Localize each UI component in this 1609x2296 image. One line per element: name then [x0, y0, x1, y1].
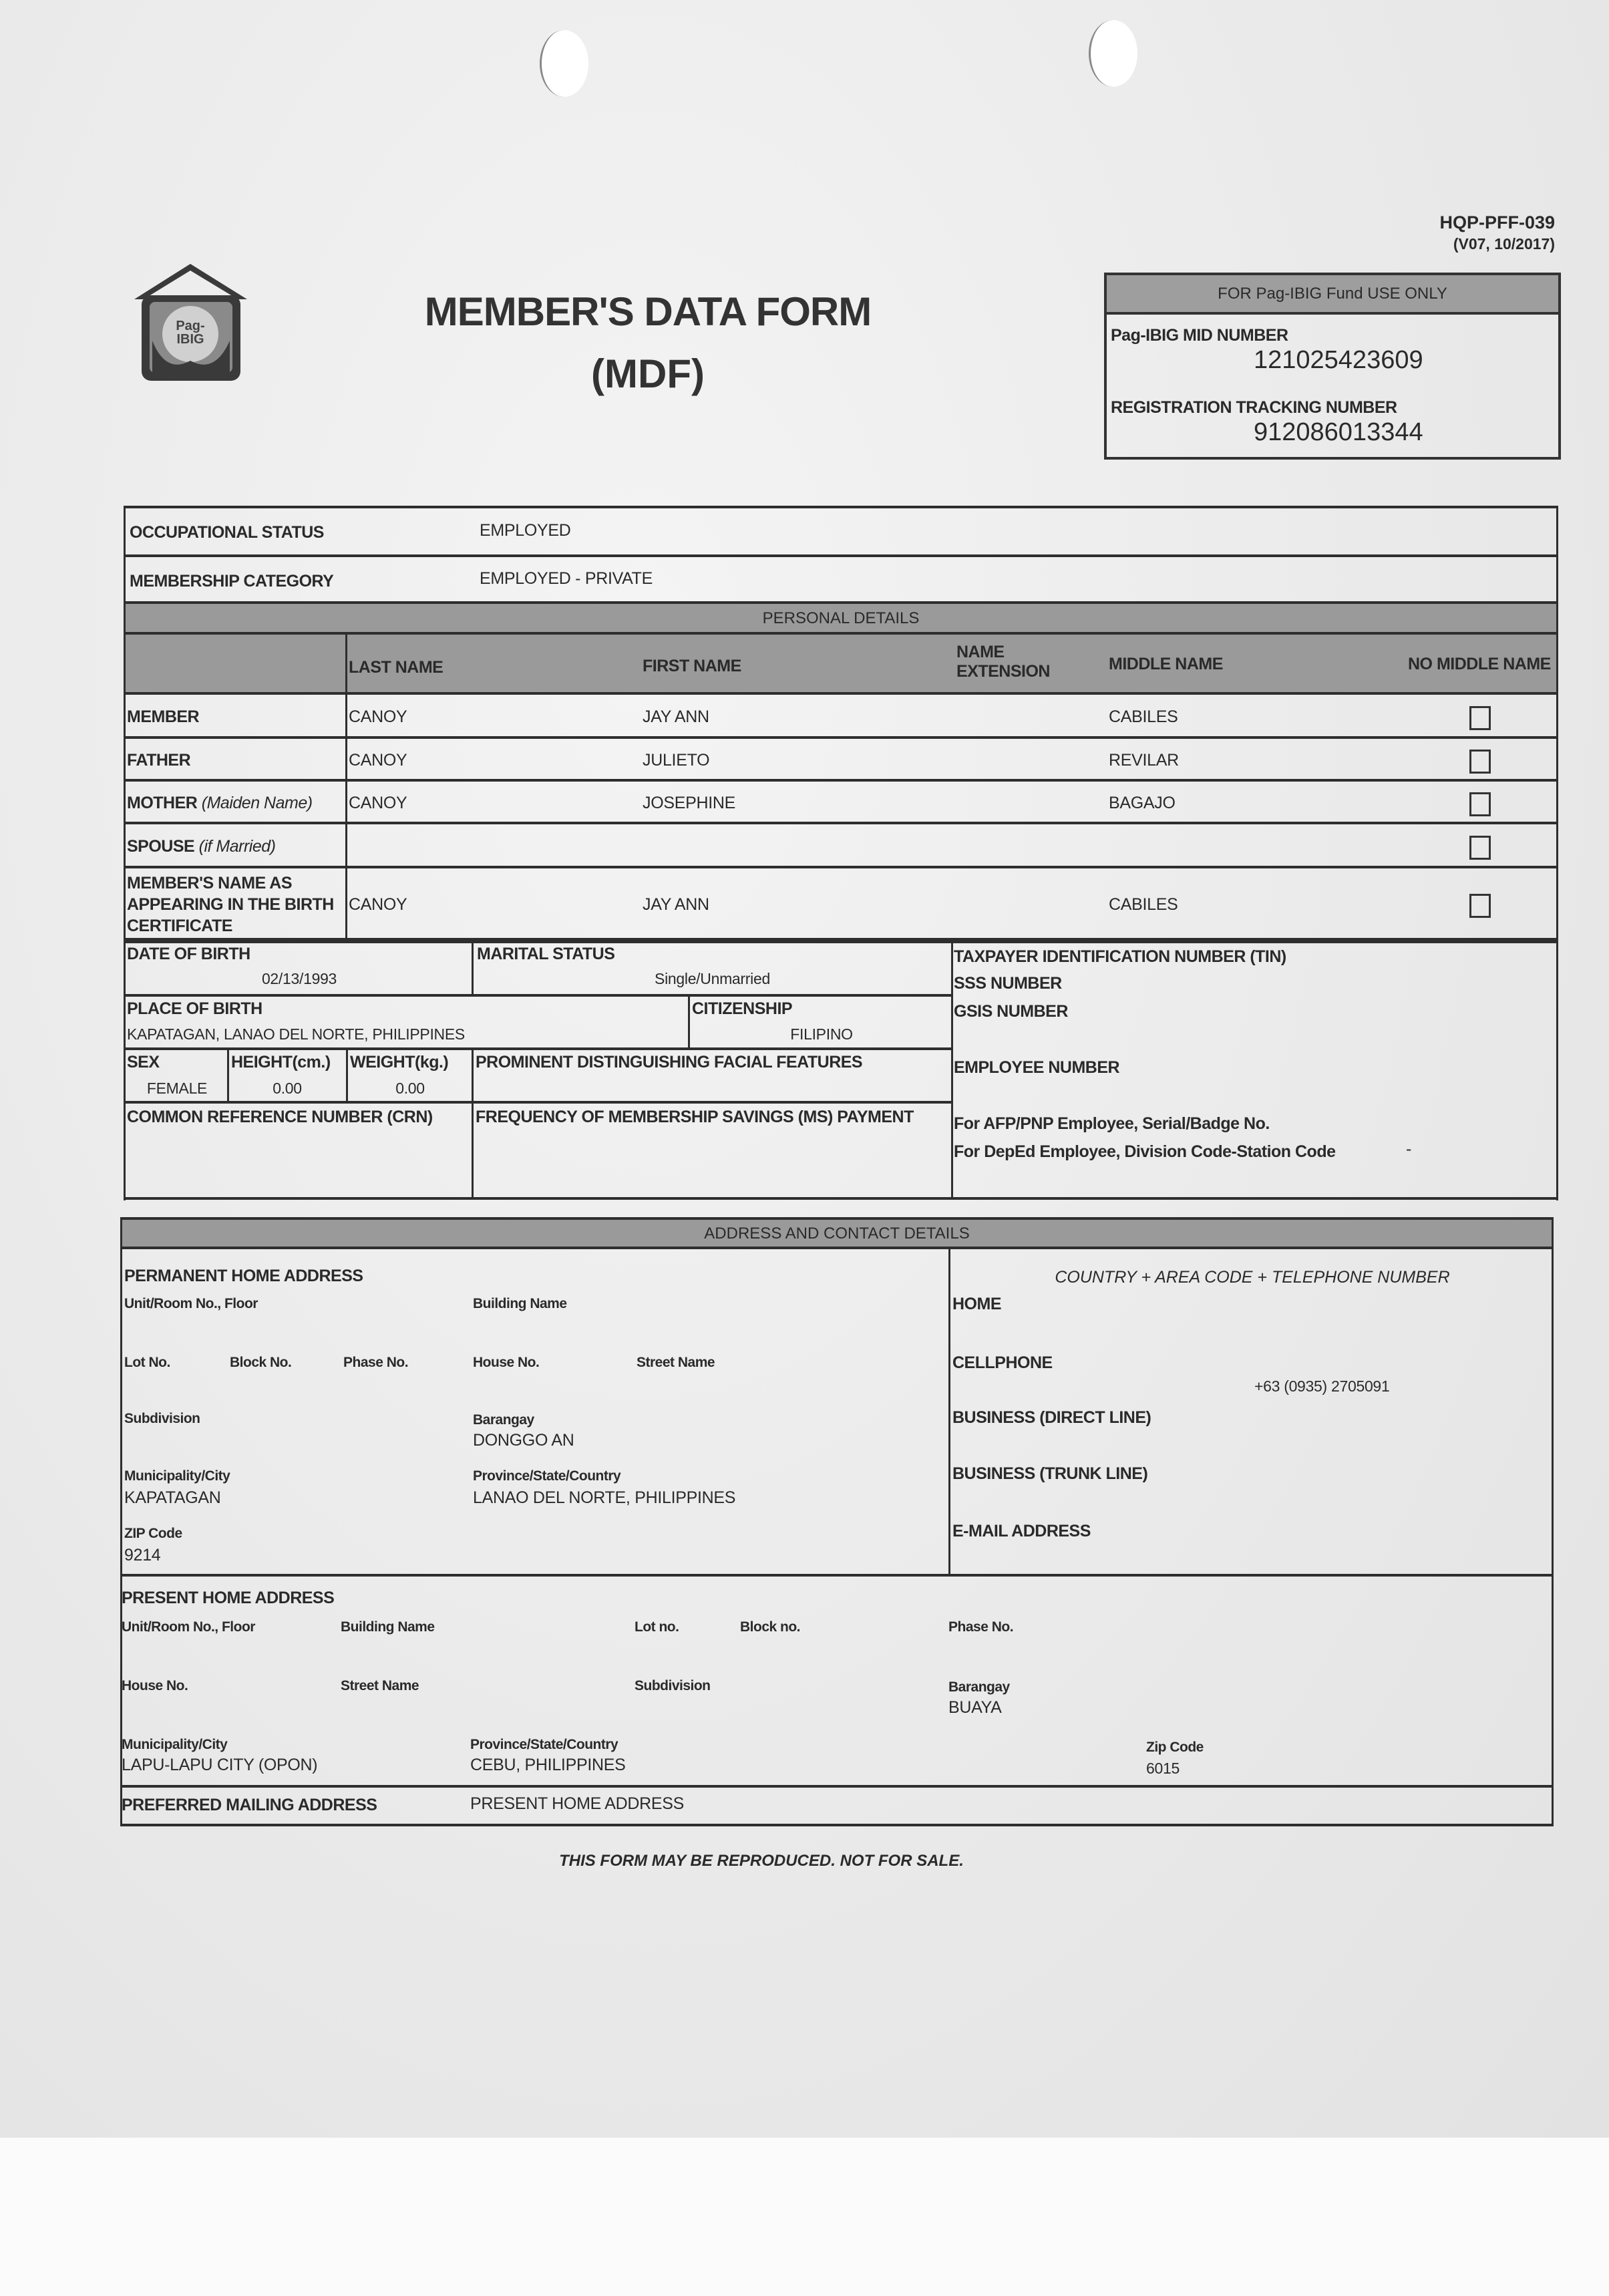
- cellphone-value[interactable]: +63 (0935) 2705091: [1254, 1377, 1389, 1396]
- marital-status-label: MARITAL STATUS: [477, 945, 614, 964]
- first-name-value[interactable]: JAY ANN: [643, 895, 709, 915]
- perm-province-label: Province/State/Country: [473, 1468, 620, 1484]
- dob-value[interactable]: 02/13/1993: [127, 970, 472, 988]
- present-address-title: PRESENT HOME ADDRESS: [122, 1589, 334, 1608]
- business-direct-label: BUSINESS (DIRECT LINE): [952, 1408, 1151, 1428]
- no-middle-name-checkbox[interactable]: [1469, 836, 1491, 860]
- pres-province-value[interactable]: CEBU, PHILIPPINES: [470, 1756, 625, 1775]
- sss-label: SSS NUMBER: [954, 974, 1062, 993]
- facial-features-label: PROMINENT DISTINGUISHING FACIAL FEATURES: [476, 1053, 862, 1072]
- pag-ibig-logo-icon: Pag- IBIG: [132, 261, 249, 384]
- personal-details-header: PERSONAL DETAILS: [126, 609, 1556, 628]
- row-label: SPOUSE (if Married): [127, 837, 276, 856]
- perm-zip-value[interactable]: 9214: [124, 1546, 160, 1565]
- last-name-value[interactable]: CANOY: [349, 895, 407, 915]
- col-last-name: LAST NAME: [349, 658, 443, 677]
- ms-frequency-label: FREQUENCY OF MEMBERSHIP SAVINGS (MS) PAY…: [476, 1108, 914, 1127]
- row-divider: [124, 736, 1558, 739]
- last-name-value[interactable]: CANOY: [349, 751, 407, 770]
- last-name-value[interactable]: CANOY: [349, 707, 407, 727]
- perm-city-value[interactable]: KAPATAGAN: [124, 1488, 221, 1508]
- perm-house-label: House No.: [473, 1355, 539, 1371]
- perm-phase-label: Phase No.: [343, 1355, 408, 1371]
- perm-building-label: Building Name: [473, 1296, 567, 1312]
- row-divider: [124, 866, 1558, 868]
- pres-block-label: Block no.: [740, 1619, 800, 1635]
- crn-label: COMMON REFERENCE NUMBER (CRN): [127, 1108, 433, 1127]
- place-of-birth-label: PLACE OF BIRTH: [127, 999, 262, 1019]
- col-first-name: FIRST NAME: [643, 657, 741, 676]
- occupational-status-value[interactable]: EMPLOYED: [480, 521, 571, 540]
- preferred-mailing-label: PREFERRED MAILING ADDRESS: [122, 1796, 377, 1815]
- perm-province-value[interactable]: LANAO DEL NORTE, PHILIPPINES: [473, 1488, 735, 1508]
- height-label: HEIGHT(cm.): [231, 1053, 331, 1072]
- preferred-mailing-value[interactable]: PRESENT HOME ADDRESS: [470, 1794, 684, 1814]
- no-middle-name-checkbox[interactable]: [1469, 750, 1491, 774]
- dob-label: DATE OF BIRTH: [127, 945, 250, 964]
- permanent-address-title: PERMANENT HOME ADDRESS: [124, 1267, 363, 1286]
- svg-text:IBIG: IBIG: [176, 332, 204, 347]
- perm-barangay-value[interactable]: DONGGO AN: [473, 1431, 574, 1450]
- mid-number-value: 121025423609: [1254, 346, 1423, 375]
- pres-zip-label: Zip Code: [1146, 1740, 1204, 1756]
- gsis-label: GSIS NUMBER: [954, 1002, 1068, 1021]
- no-middle-name-checkbox[interactable]: [1469, 894, 1491, 918]
- phone-format-hint: COUNTRY + AREA CODE + TELEPHONE NUMBER: [952, 1268, 1553, 1287]
- citizenship-value[interactable]: FILIPINO: [692, 1025, 951, 1043]
- rtn-value: 912086013344: [1254, 418, 1423, 447]
- sex-value[interactable]: FEMALE: [127, 1080, 227, 1098]
- deped-value[interactable]: -: [1406, 1140, 1411, 1159]
- perm-subdivision-label: Subdivision: [124, 1411, 200, 1427]
- email-label: E-MAIL ADDRESS: [952, 1522, 1091, 1541]
- middle-name-value[interactable]: CABILES: [1109, 895, 1178, 915]
- membership-category-label: MEMBERSHIP CATEGORY: [130, 572, 333, 591]
- page-margin: [0, 2138, 1609, 2296]
- row-label: MOTHER (Maiden Name): [127, 794, 313, 813]
- employee-number-label: EMPLOYEE NUMBER: [954, 1058, 1119, 1078]
- row-label: MEMBER: [127, 707, 199, 727]
- form-code: HQP-PFF-039: [1376, 212, 1555, 233]
- perm-city-label: Municipality/City: [124, 1468, 230, 1484]
- pres-unit-label: Unit/Room No., Floor: [122, 1619, 255, 1635]
- first-name-value[interactable]: JAY ANN: [643, 707, 709, 727]
- pres-house-label: House No.: [122, 1678, 188, 1694]
- pres-phase-label: Phase No.: [948, 1619, 1013, 1635]
- pres-lot-label: Lot no.: [635, 1619, 679, 1635]
- pres-city-value[interactable]: LAPU-LAPU CITY (OPON): [122, 1756, 317, 1775]
- form-title: MEMBER'S DATA FORM: [401, 289, 895, 335]
- citizenship-label: CITIZENSHIP: [692, 999, 792, 1019]
- col-no-middle-name: NO MIDDLE NAME: [1408, 655, 1551, 674]
- middle-name-value[interactable]: REVILAR: [1109, 751, 1179, 770]
- address-header: ADDRESS AND CONTACT DETAILS: [122, 1224, 1552, 1243]
- afp-pnp-label: For AFP/PNP Employee, Serial/Badge No.: [954, 1114, 1270, 1134]
- sex-label: SEX: [127, 1053, 160, 1072]
- perm-street-label: Street Name: [637, 1355, 715, 1371]
- footer-note: THIS FORM MAY BE REPRODUCED. NOT FOR SAL…: [468, 1852, 1055, 1870]
- no-middle-name-checkbox[interactable]: [1469, 792, 1491, 816]
- home-phone-label: HOME: [952, 1295, 1001, 1314]
- perm-lot-label: Lot No.: [124, 1355, 170, 1371]
- row-divider: [124, 779, 1558, 782]
- perm-unit-label: Unit/Room No., Floor: [124, 1296, 258, 1312]
- pres-barangay-value[interactable]: BUAYA: [948, 1698, 1002, 1717]
- last-name-value[interactable]: CANOY: [349, 794, 407, 813]
- deped-label: For DepEd Employee, Division Code-Statio…: [954, 1142, 1336, 1162]
- office-use-box: FOR Pag-IBIG Fund USE ONLY Pag-IBIG MID …: [1104, 273, 1561, 460]
- pres-city-label: Municipality/City: [122, 1737, 227, 1753]
- perm-barangay-label: Barangay: [473, 1412, 534, 1428]
- pres-province-label: Province/State/Country: [470, 1737, 618, 1753]
- svg-text:Pag-: Pag-: [176, 319, 204, 333]
- row-label: MEMBER'S NAME AS APPEARING IN THE BIRTH …: [127, 872, 344, 937]
- height-value[interactable]: 0.00: [230, 1080, 345, 1098]
- col-middle-name: MIDDLE NAME: [1109, 655, 1223, 674]
- mid-number-label: Pag-IBIG MID NUMBER: [1111, 326, 1288, 345]
- cellphone-label: CELLPHONE: [952, 1353, 1053, 1373]
- place-of-birth-value[interactable]: KAPATAGAN, LANAO DEL NORTE, PHILIPPINES: [127, 1025, 465, 1043]
- punch-hole: [540, 30, 588, 97]
- weight-value[interactable]: 0.00: [349, 1080, 472, 1098]
- occupational-status-label: OCCUPATIONAL STATUS: [130, 523, 324, 542]
- pres-zip-value[interactable]: 6015: [1146, 1760, 1180, 1778]
- form-subtitle: (MDF): [401, 351, 895, 397]
- pres-subdivision-label: Subdivision: [635, 1678, 711, 1694]
- first-name-value[interactable]: JULIETO: [643, 751, 709, 770]
- office-use-header: FOR Pag-IBIG Fund USE ONLY: [1107, 285, 1558, 303]
- tin-label: TAXPAYER IDENTIFICATION NUMBER (TIN): [954, 947, 1286, 967]
- marital-status-value[interactable]: Single/Unmarried: [477, 970, 948, 988]
- pres-street-label: Street Name: [341, 1678, 419, 1694]
- col-name-extension: NAMEEXTENSION: [956, 643, 1050, 681]
- row-divider: [124, 822, 1558, 824]
- membership-category-value[interactable]: EMPLOYED - PRIVATE: [480, 569, 653, 589]
- perm-block-label: Block No.: [230, 1355, 291, 1371]
- perm-zip-label: ZIP Code: [124, 1526, 182, 1542]
- row-label: FATHER: [127, 751, 190, 770]
- middle-name-value[interactable]: BAGAJO: [1109, 794, 1176, 813]
- business-trunk-label: BUSINESS (TRUNK LINE): [952, 1464, 1147, 1484]
- form-version: (V07, 10/2017): [1376, 235, 1555, 253]
- middle-name-value[interactable]: CABILES: [1109, 707, 1178, 727]
- weight-label: WEIGHT(kg.): [350, 1053, 448, 1072]
- pres-barangay-label: Barangay: [948, 1679, 1010, 1695]
- punch-hole: [1089, 20, 1137, 87]
- rtn-label: REGISTRATION TRACKING NUMBER: [1111, 398, 1397, 418]
- first-name-value[interactable]: JOSEPHINE: [643, 794, 735, 813]
- no-middle-name-checkbox[interactable]: [1469, 706, 1491, 730]
- pres-building-label: Building Name: [341, 1619, 435, 1635]
